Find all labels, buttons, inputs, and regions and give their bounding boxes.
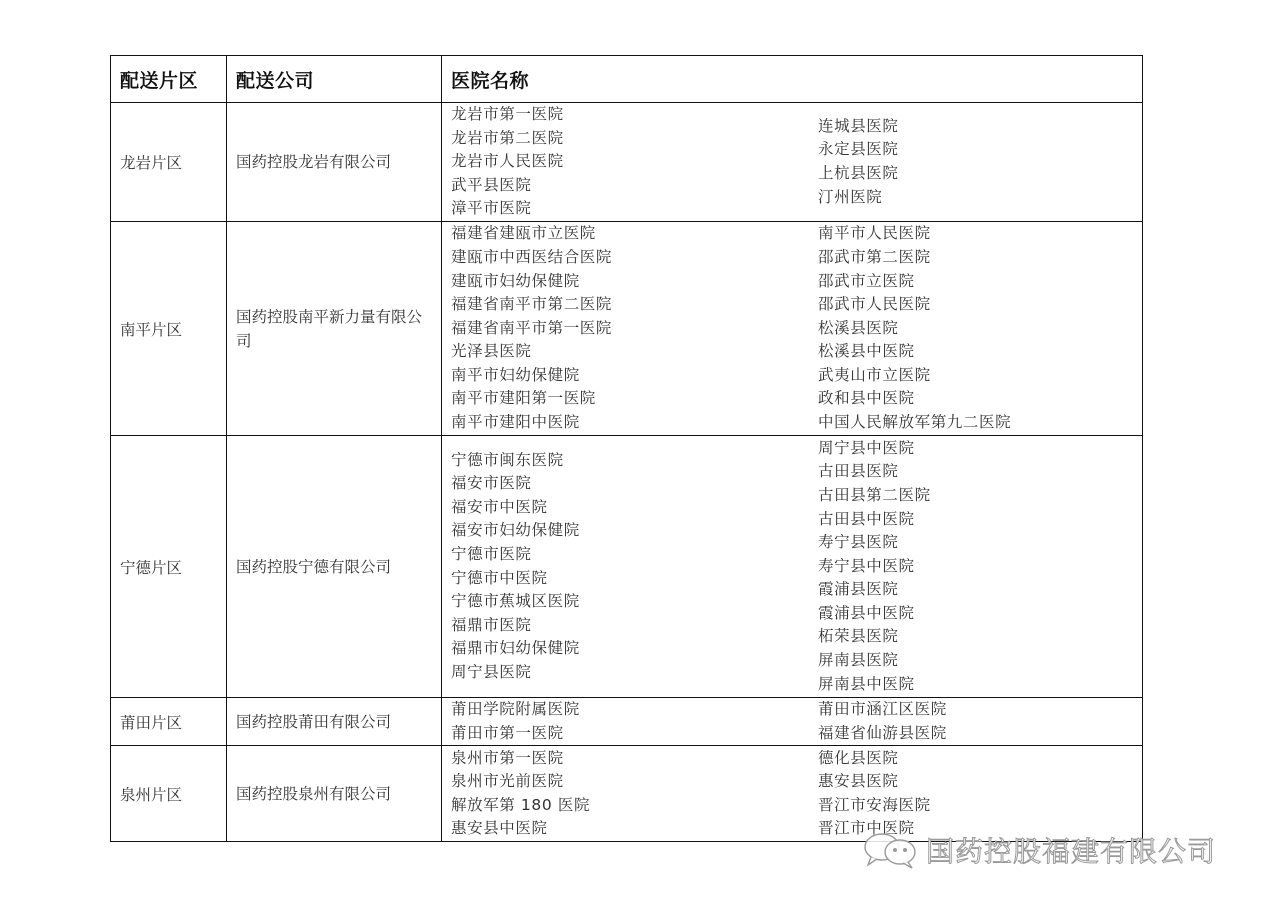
hospital-name: 解放军第 180 医院 bbox=[451, 794, 818, 818]
hospital-name: 建瓯市中西医结合医院 bbox=[451, 246, 818, 270]
hospital-list-right: 连城县医院永定县医院上杭县医院汀州医院 bbox=[818, 103, 1138, 221]
hospital-name: 周宁县医院 bbox=[451, 661, 818, 685]
hospital-name: 连城县医院 bbox=[818, 115, 1138, 139]
hospital-name: 南平市建阳中医院 bbox=[451, 411, 818, 435]
company-cell: 国药控股宁德有限公司 bbox=[227, 436, 442, 698]
hospital-name: 泉州市第一医院 bbox=[451, 747, 818, 771]
hospital-name: 屏南县医院 bbox=[818, 649, 1138, 673]
table-row: 莆田片区 国药控股莆田有限公司 莆田学院附属医院莆田市第一医院 莆田市涵江区医院… bbox=[111, 698, 1143, 746]
table-body: 龙岩片区 国药控股龙岩有限公司 龙岩市第一医院龙岩市第二医院龙岩市人民医院武平县… bbox=[111, 103, 1143, 842]
hospital-name: 南平市人民医院 bbox=[818, 222, 1138, 246]
hospital-name: 宁德市医院 bbox=[451, 543, 818, 567]
hospital-list-right: 莆田市涵江区医院福建省仙游县医院 bbox=[818, 698, 1138, 745]
hospital-name: 莆田学院附属医院 bbox=[451, 698, 818, 722]
hospital-name: 屏南县中医院 bbox=[818, 673, 1138, 697]
hospital-name: 建瓯市妇幼保健院 bbox=[451, 270, 818, 294]
hospital-name: 政和县中医院 bbox=[818, 387, 1138, 411]
company-cell: 国药控股莆田有限公司 bbox=[227, 698, 442, 746]
hospital-list-left: 龙岩市第一医院龙岩市第二医院龙岩市人民医院武平县医院漳平市医院 bbox=[442, 103, 818, 221]
table-row: 宁德片区 国药控股宁德有限公司 宁德市闽东医院福安市医院福安市中医院福安市妇幼保… bbox=[111, 436, 1143, 698]
hospital-name: 古田县中医院 bbox=[818, 508, 1138, 532]
region-cell: 莆田片区 bbox=[111, 698, 227, 746]
hospital-name: 福建省仙游县医院 bbox=[818, 722, 1138, 746]
hospital-name: 莆田市第一医院 bbox=[451, 722, 818, 746]
company-cell: 国药控股泉州有限公司 bbox=[227, 746, 442, 842]
hospital-list-left: 泉州市第一医院泉州市光前医院解放军第 180 医院惠安县中医院 bbox=[442, 747, 818, 841]
document-page: 配送片区 配送公司 医院名称 龙岩片区 国药控股龙岩有限公司 龙岩市第一医院龙岩… bbox=[0, 0, 1280, 905]
hospital-name: 南平市建阳第一医院 bbox=[451, 387, 818, 411]
hospital-name: 晋江市中医院 bbox=[818, 817, 1138, 841]
hospitals-cell: 福建省建瓯市立医院建瓯市中西医结合医院建瓯市妇幼保健院福建省南平市第二医院福建省… bbox=[442, 222, 1143, 436]
hospital-name: 福安市妇幼保健院 bbox=[451, 519, 818, 543]
region-cell: 宁德片区 bbox=[111, 436, 227, 698]
table-header-row: 配送片区 配送公司 医院名称 bbox=[111, 56, 1143, 103]
hospital-name: 福鼎市妇幼保健院 bbox=[451, 637, 818, 661]
hospital-list-right: 周宁县中医院古田县医院古田县第二医院古田县中医院寿宁县医院寿宁县中医院霞浦县医院… bbox=[818, 437, 1138, 697]
hospital-name: 福建省建瓯市立医院 bbox=[451, 222, 818, 246]
hospital-grid: 龙岩市第一医院龙岩市第二医院龙岩市人民医院武平县医院漳平市医院 连城县医院永定县… bbox=[442, 103, 1142, 221]
hospital-name: 福鼎市医院 bbox=[451, 614, 818, 638]
hospital-name: 邵武市立医院 bbox=[818, 270, 1138, 294]
hospital-name: 松溪县中医院 bbox=[818, 340, 1138, 364]
table-row: 龙岩片区 国药控股龙岩有限公司 龙岩市第一医院龙岩市第二医院龙岩市人民医院武平县… bbox=[111, 103, 1143, 222]
hospital-grid: 福建省建瓯市立医院建瓯市中西医结合医院建瓯市妇幼保健院福建省南平市第二医院福建省… bbox=[442, 222, 1142, 434]
hospital-list-left: 宁德市闽东医院福安市医院福安市中医院福安市妇幼保健院宁德市医院宁德市中医院宁德市… bbox=[442, 437, 818, 697]
hospital-name: 古田县第二医院 bbox=[818, 484, 1138, 508]
hospital-name: 松溪县医院 bbox=[818, 317, 1138, 341]
distribution-table: 配送片区 配送公司 医院名称 龙岩片区 国药控股龙岩有限公司 龙岩市第一医院龙岩… bbox=[110, 55, 1143, 842]
header-company: 配送公司 bbox=[227, 56, 442, 103]
hospital-name: 晋江市安海医院 bbox=[818, 794, 1138, 818]
hospital-name: 福安市中医院 bbox=[451, 496, 818, 520]
hospital-name: 周宁县中医院 bbox=[818, 437, 1138, 461]
hospital-name: 宁德市中医院 bbox=[451, 567, 818, 591]
hospital-name: 德化县医院 bbox=[818, 747, 1138, 771]
hospital-list-left: 莆田学院附属医院莆田市第一医院 bbox=[442, 698, 818, 745]
hospital-name: 漳平市医院 bbox=[451, 197, 818, 221]
hospital-name: 福安市医院 bbox=[451, 472, 818, 496]
hospital-list-right: 德化县医院惠安县医院晋江市安海医院晋江市中医院 bbox=[818, 747, 1138, 841]
hospitals-cell: 泉州市第一医院泉州市光前医院解放军第 180 医院惠安县中医院 德化县医院惠安县… bbox=[442, 746, 1143, 842]
hospital-list-left: 福建省建瓯市立医院建瓯市中西医结合医院建瓯市妇幼保健院福建省南平市第二医院福建省… bbox=[442, 222, 818, 434]
hospital-name: 寿宁县医院 bbox=[818, 531, 1138, 555]
region-cell: 泉州片区 bbox=[111, 746, 227, 842]
hospital-name: 南平市妇幼保健院 bbox=[451, 364, 818, 388]
hospital-name: 惠安县中医院 bbox=[451, 817, 818, 841]
hospital-list-right: 南平市人民医院邵武市第二医院邵武市立医院邵武市人民医院松溪县医院松溪县中医院武夷… bbox=[818, 222, 1138, 434]
company-cell: 国药控股南平新力量有限公司 bbox=[227, 222, 442, 436]
hospital-name: 上杭县医院 bbox=[818, 162, 1138, 186]
hospital-name: 龙岩市第二医院 bbox=[451, 127, 818, 151]
hospitals-cell: 莆田学院附属医院莆田市第一医院 莆田市涵江区医院福建省仙游县医院 bbox=[442, 698, 1143, 746]
hospital-name: 霞浦县医院 bbox=[818, 578, 1138, 602]
hospitals-cell: 龙岩市第一医院龙岩市第二医院龙岩市人民医院武平县医院漳平市医院 连城县医院永定县… bbox=[442, 103, 1143, 222]
hospital-name: 龙岩市人民医院 bbox=[451, 150, 818, 174]
hospital-name: 寿宁县中医院 bbox=[818, 555, 1138, 579]
hospital-name: 邵武市人民医院 bbox=[818, 293, 1138, 317]
hospital-name: 古田县医院 bbox=[818, 460, 1138, 484]
hospital-grid: 宁德市闽东医院福安市医院福安市中医院福安市妇幼保健院宁德市医院宁德市中医院宁德市… bbox=[442, 437, 1142, 697]
hospital-name: 光泽县医院 bbox=[451, 340, 818, 364]
region-cell: 龙岩片区 bbox=[111, 103, 227, 222]
table-row: 南平片区 国药控股南平新力量有限公司 福建省建瓯市立医院建瓯市中西医结合医院建瓯… bbox=[111, 222, 1143, 436]
hospitals-cell: 宁德市闽东医院福安市医院福安市中医院福安市妇幼保健院宁德市医院宁德市中医院宁德市… bbox=[442, 436, 1143, 698]
header-hospitals: 医院名称 bbox=[442, 56, 1143, 103]
hospital-name: 福建省南平市第二医院 bbox=[451, 293, 818, 317]
hospital-name: 中国人民解放军第九二医院 bbox=[818, 411, 1138, 435]
hospital-grid: 泉州市第一医院泉州市光前医院解放军第 180 医院惠安县中医院 德化县医院惠安县… bbox=[442, 747, 1142, 841]
hospital-name: 惠安县医院 bbox=[818, 770, 1138, 794]
hospital-grid: 莆田学院附属医院莆田市第一医院 莆田市涵江区医院福建省仙游县医院 bbox=[442, 698, 1142, 745]
hospital-name: 龙岩市第一医院 bbox=[451, 103, 818, 127]
hospital-name: 武平县医院 bbox=[451, 174, 818, 198]
hospital-name: 宁德市闽东医院 bbox=[451, 449, 818, 473]
hospital-name: 柘荣县医院 bbox=[818, 625, 1138, 649]
company-cell: 国药控股龙岩有限公司 bbox=[227, 103, 442, 222]
hospital-name: 福建省南平市第一医院 bbox=[451, 317, 818, 341]
hospital-name: 霞浦县中医院 bbox=[818, 602, 1138, 626]
hospital-name: 泉州市光前医院 bbox=[451, 770, 818, 794]
hospital-name: 永定县医院 bbox=[818, 138, 1138, 162]
header-region: 配送片区 bbox=[111, 56, 227, 103]
hospital-name: 莆田市涵江区医院 bbox=[818, 698, 1138, 722]
hospital-name: 宁德市蕉城区医院 bbox=[451, 590, 818, 614]
hospital-name: 邵武市第二医院 bbox=[818, 246, 1138, 270]
region-cell: 南平片区 bbox=[111, 222, 227, 436]
hospital-name: 武夷山市立医院 bbox=[818, 364, 1138, 388]
hospital-name: 汀州医院 bbox=[818, 186, 1138, 210]
table-row: 泉州片区 国药控股泉州有限公司 泉州市第一医院泉州市光前医院解放军第 180 医… bbox=[111, 746, 1143, 842]
